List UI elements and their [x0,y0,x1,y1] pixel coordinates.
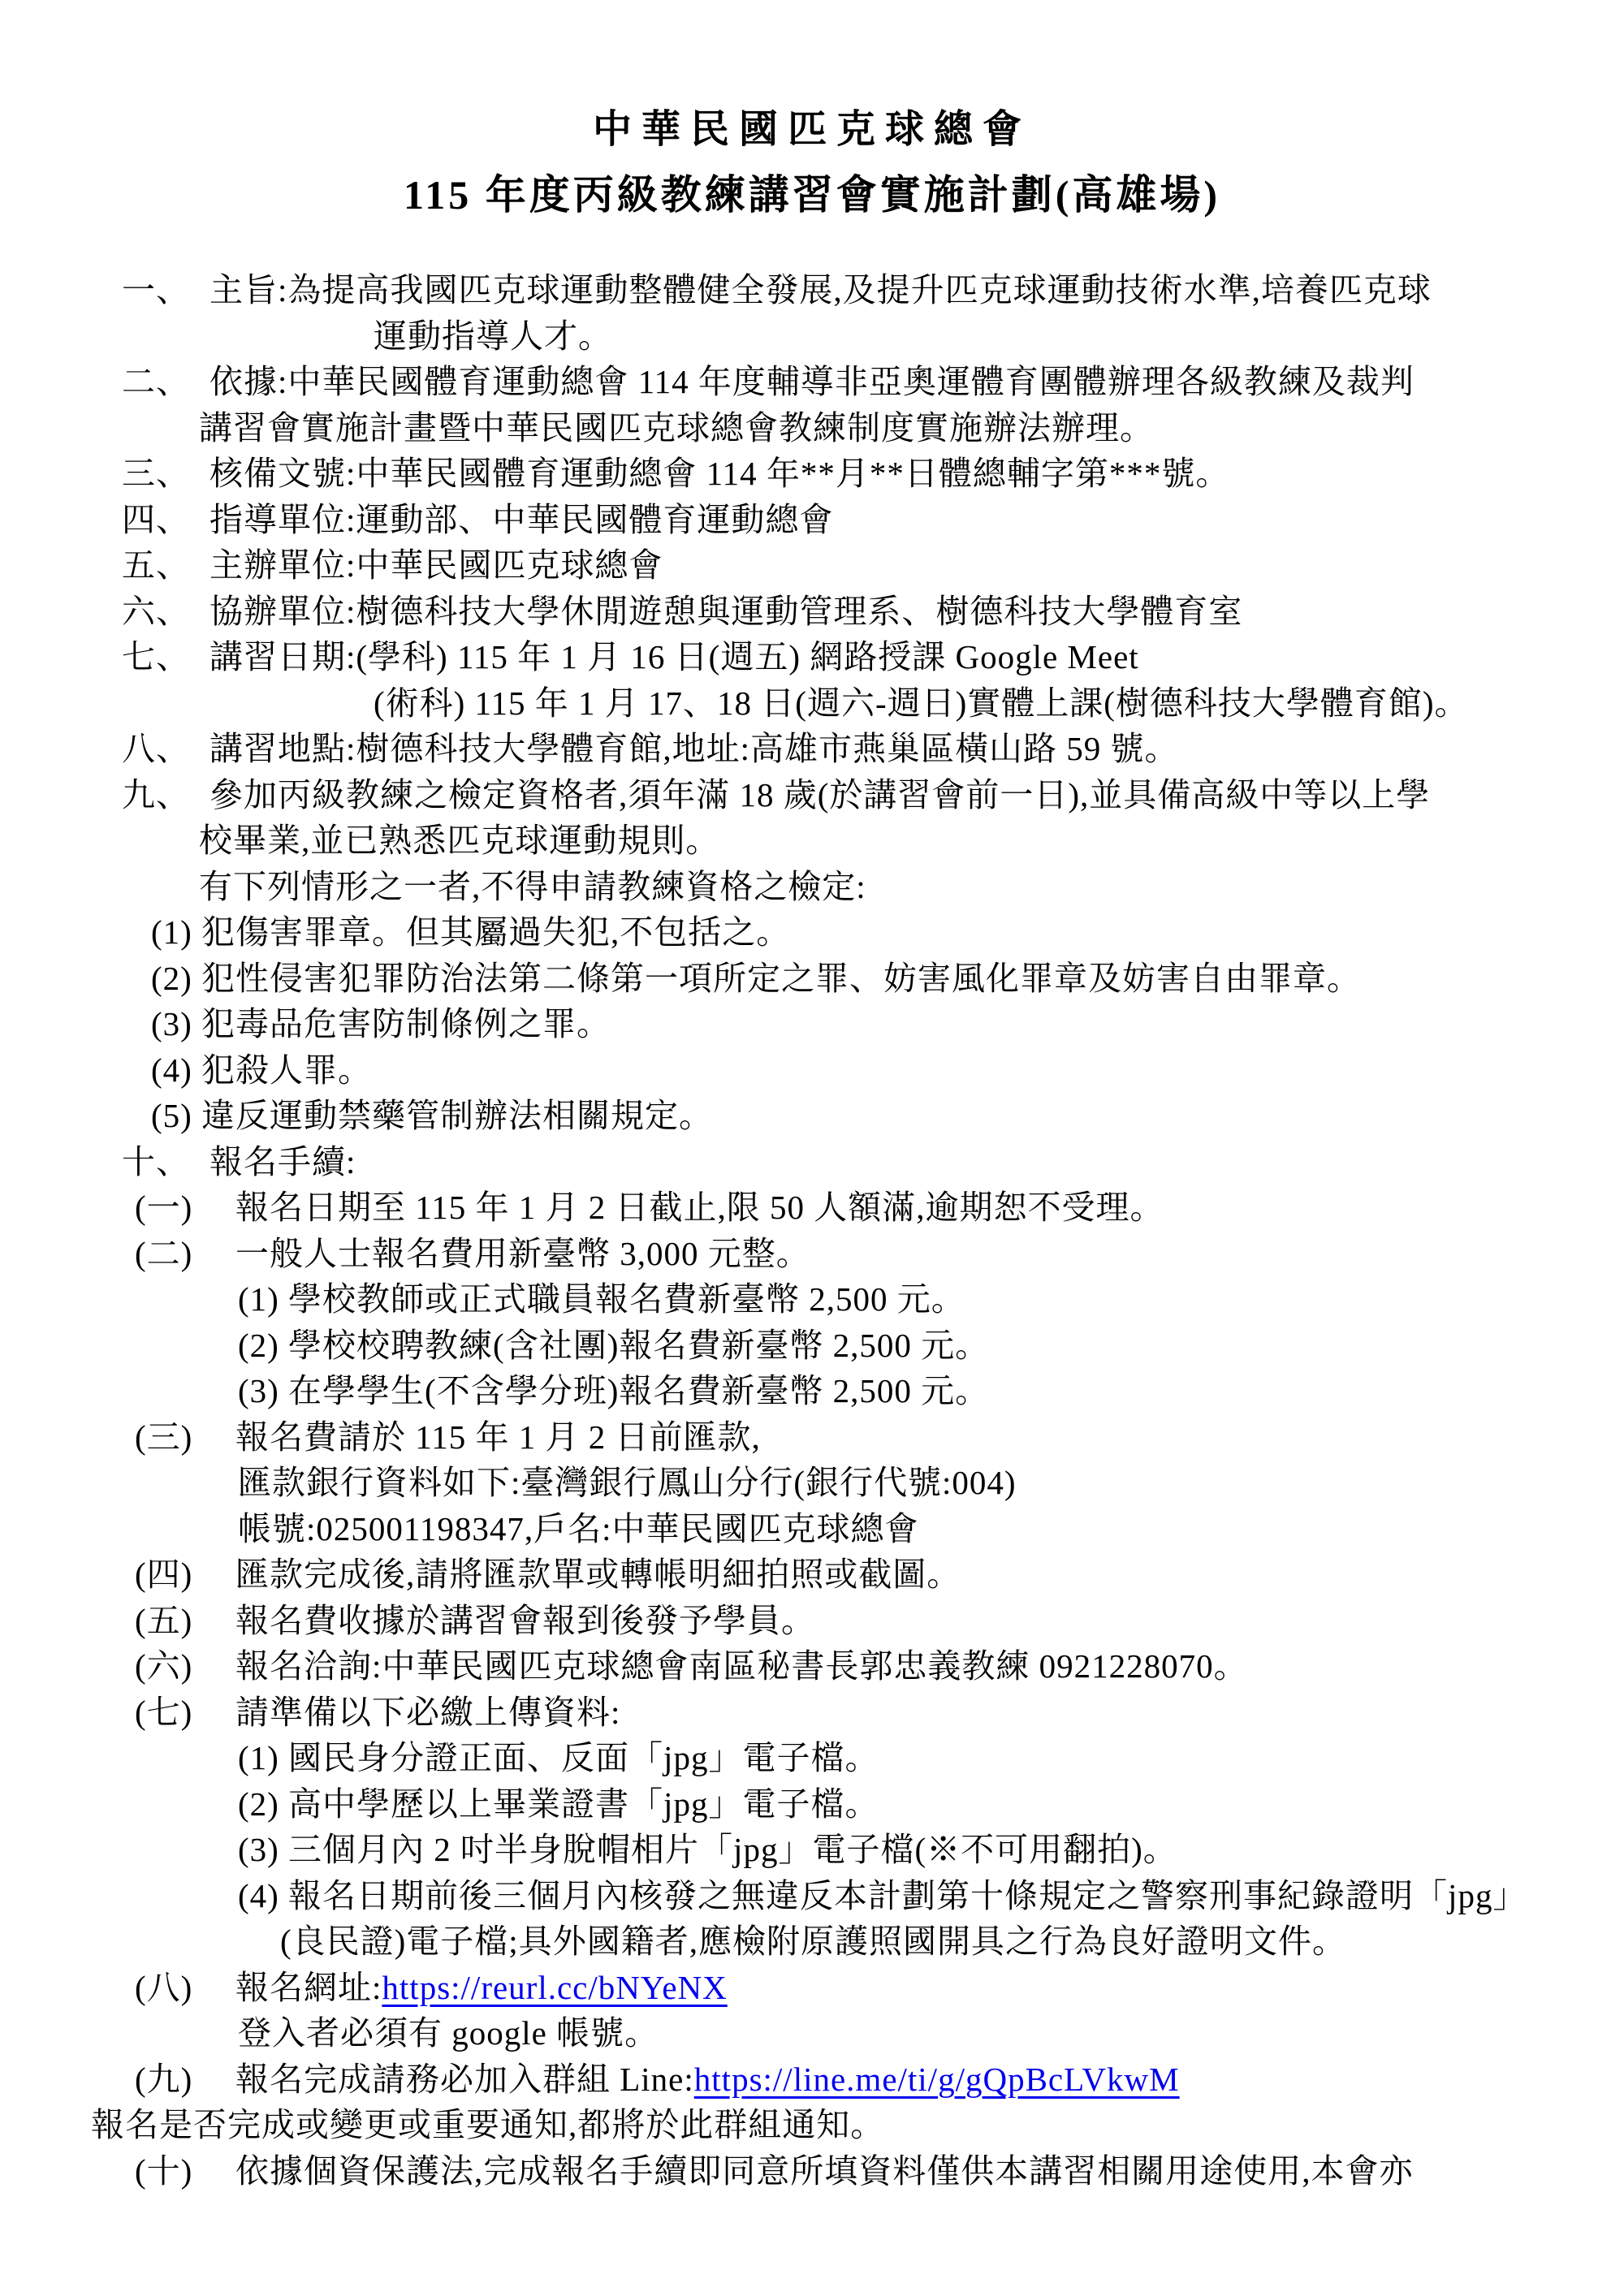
document-line: 匯款銀行資料如下:臺灣銀行鳳山分行(銀行代號:004) [0,1456,1624,1502]
document-line: 六、協辦單位:樹德科技大學休閒遊憩與運動管理系、樹德科技大學體育室 [0,585,1624,631]
line-label: (一) [135,1180,235,1228]
document-line: 講習會實施計畫暨中華民國匹克球總會教練制度實施辦法辦理。 [0,401,1624,447]
page-subtitle: 115 年度丙級教練講習會實施計劃(高雄場) [0,169,1624,221]
document-line: (二)一般人士報名費用新臺幣 3,000 元整。 [0,1227,1624,1273]
document-line: 一、主旨:為提高我國匹克球運動整體健全發展,及提升匹克球運動技術水準,培養匹克球 [0,263,1624,309]
line-label: (三) [135,1410,235,1458]
document-line: (4) 報名日期前後三個月內核發之無違反本計劃第十條規定之警察刑事紀錄證明「jp… [0,1869,1624,1915]
line-label: 二、 [122,355,209,403]
line-label: 六、 [122,585,209,632]
document-body: 一、主旨:為提高我國匹克球運動整體健全發展,及提升匹克球運動技術水準,培養匹克球… [0,263,1624,2190]
line-text: 講習會實施計畫暨中華民國匹克球總會教練制度實施辦法辦理。 [199,409,1154,447]
document-line: 八、講習地點:樹德科技大學體育館,地址:高雄市燕巢區橫山路 59 號。 [0,722,1624,768]
line-text: 講習地點:樹德科技大學體育館,地址:高雄市燕巢區橫山路 59 號。 [209,730,1179,767]
document-line: (1) 犯傷害罪章。但其屬過失犯,不包括之。 [0,905,1624,952]
line-text: 匯款完成後,請將匯款單或轉帳明細拍照或截圖。 [235,1556,961,1593]
document-line: (2) 犯性侵害犯罪防治法第二條第一項所定之罪、妨害風化罪章及妨害自由罪章。 [0,952,1624,998]
document-line: (六)報名洽詢:中華民國匹克球總會南區秘書長郭忠義教練 0921228070。 [0,1639,1624,1685]
document-line: 三、核備文號:中華民國體育運動總會 114 年**月**日體總輔字第***號。 [0,447,1624,493]
line-text: 講習日期:(學科) 115 年 1 月 16 日(週五) 網路授課 Google… [209,638,1139,675]
line-text: 請準備以下必繳上傳資料: [235,1694,620,1731]
line-label: (九) [135,2052,235,2100]
line-text: 報名費請於 115 年 1 月 2 日前匯款, [235,1418,761,1456]
page-title: 中華民國匹克球總會 [0,106,1624,154]
line-label: 七、 [122,630,209,678]
line-text: 校畢業,並已熟悉匹克球運動規則。 [199,822,719,859]
line-text: (3) 犯毒品危害防制條例之罪。 [151,1005,611,1042]
document-line: (十)依據個資保護法,完成報名手續即同意所填資料僅供本講習相關用途使用,本會亦 [0,2144,1624,2190]
line-text: 指導單位:運動部、中華民國體育運動總會 [209,501,833,538]
line-text: 匯款銀行資料如下:臺灣銀行鳳山分行(銀行代號:004) [238,1464,1017,1501]
line-text: (術科) 115 年 1 月 17、18 日(週六-週日)實體上課(樹德科技大學… [374,684,1469,722]
line-text: 帳號:025001198347,戶名:中華民國匹克球總會 [238,1510,919,1547]
document-line: (七)請準備以下必繳上傳資料: [0,1685,1624,1732]
document-header: 中華民國匹克球總會 115 年度丙級教練講習會實施計劃(高雄場) [0,0,1624,221]
registration-url-link[interactable]: https://reurl.cc/bNYeNX [382,1969,727,2006]
line-text: 協辦單位:樹德科技大學休閒遊憩與運動管理系、樹德科技大學體育室 [209,593,1242,630]
document-page: 中華民國匹克球總會 115 年度丙級教練講習會實施計劃(高雄場) 一、主旨:為提… [0,0,1624,2296]
line-text: (4) 犯殺人罪。 [151,1051,372,1089]
line-text: (良民證)電子檔;具外國籍者,應檢附原護照國開具之行為良好證明文件。 [280,1923,1346,1960]
line-text: (2) 高中學歷以上畢業證書「jpg」電子檔。 [238,1785,879,1823]
document-line: (九)報名完成請務必加入群組 Line:https://line.me/ti/g… [0,2052,1624,2099]
document-line: (四)匯款完成後,請將匯款單或轉帳明細拍照或截圖。 [0,1547,1624,1594]
line-text: 運動指導人才。 [374,317,612,355]
line-label: 四、 [122,493,209,541]
line-text: (5) 違反運動禁藥管制辦法相關規定。 [151,1097,713,1134]
line-label: (六) [135,1639,235,1687]
document-line: 登入者必須有 google 帳號。 [0,2006,1624,2052]
line-text: 參加丙級教練之檢定資格者,須年滿 18 歲(於講習會前一日),並具備高級中等以上… [209,776,1430,814]
document-line: (八)報名網址:https://reurl.cc/bNYeNX [0,1961,1624,2007]
document-line: (3) 三個月內 2 吋半身脫帽相片「jpg」電子檔(※不可用翻拍)。 [0,1823,1624,1869]
line-label: 三、 [122,447,209,494]
document-line: 報名是否完成或變更或重要通知,都將於此群組通知。 [0,2098,1624,2144]
line-label: 十、 [122,1135,209,1183]
document-line: 五、主辦單位:中華民國匹克球總會 [0,538,1624,585]
line-label: (四) [135,1547,235,1595]
document-line: 七、講習日期:(學科) 115 年 1 月 16 日(週五) 網路授課 Goog… [0,630,1624,676]
line-label: 八、 [122,722,209,770]
document-line: 二、依據:中華民國體育運動總會 114 年度輔導非亞奧運體育團體辦理各級教練及裁… [0,355,1624,401]
line-text: 一般人士報名費用新臺幣 3,000 元整。 [235,1235,810,1272]
line-text: (1) 犯傷害罪章。但其屬過失犯,不包括之。 [151,913,790,951]
document-line: (2) 高中學歷以上畢業證書「jpg」電子檔。 [0,1777,1624,1823]
document-line: 十、報名手續: [0,1135,1624,1181]
line-label: (五) [135,1594,235,1642]
line-label: 一、 [122,263,209,311]
line-text: 報名是否完成或變更或重要通知,都將於此群組通知。 [91,2106,884,2143]
line-label: (八) [135,1961,235,2009]
line-text: 有下列情形之一者,不得申請教練資格之檢定: [199,868,866,905]
document-line: 運動指導人才。 [0,309,1624,356]
line-text: (2) 犯性侵害犯罪防治法第二條第一項所定之罪、妨害風化罪章及妨害自由罪章。 [151,960,1361,997]
document-line: (4) 犯殺人罪。 [0,1043,1624,1090]
document-line: (3) 在學學生(不含學分班)報名費新臺幣 2,500 元。 [0,1364,1624,1410]
line-text: 主辦單位:中華民國匹克球總會 [209,546,663,584]
line-text: 報名洽詢:中華民國匹克球總會南區秘書長郭忠義教練 0921228070。 [235,1647,1248,1685]
line-text: (3) 三個月內 2 吋半身脫帽相片「jpg」電子檔(※不可用翻拍)。 [238,1831,1177,1868]
document-line: 校畢業,並已熟悉匹克球運動規則。 [0,814,1624,860]
document-line: (術科) 115 年 1 月 17、18 日(週六-週日)實體上課(樹德科技大學… [0,676,1624,723]
line-group-url-link[interactable]: https://line.me/ti/g/gQpBcLVkwM [694,2061,1180,2098]
line-label: (七) [135,1685,235,1733]
line-text: 報名完成請務必加入群組 Line: [235,2061,694,2098]
line-text: 報名手續: [209,1143,356,1180]
line-text: (4) 報名日期前後三個月內核發之無違反本計劃第十條規定之警察刑事紀錄證明「jp… [238,1877,1527,1914]
document-line: 四、指導單位:運動部、中華民國體育運動總會 [0,493,1624,539]
document-line: (1) 國民身分證正面、反面「jpg」電子檔。 [0,1731,1624,1777]
line-text: 主旨:為提高我國匹克球運動整體健全發展,及提升匹克球運動技術水準,培養匹克球 [209,271,1432,309]
line-text: (1) 學校教師或正式職員報名費新臺幣 2,500 元。 [238,1280,965,1318]
line-text: 報名費收據於講習會報到後發予學員。 [235,1602,815,1639]
document-line: (三)報名費請於 115 年 1 月 2 日前匯款, [0,1410,1624,1457]
document-line: (2) 學校校聘教練(含社團)報名費新臺幣 2,500 元。 [0,1318,1624,1365]
line-label: 五、 [122,538,209,586]
line-label: (二) [135,1227,235,1275]
document-line: 九、參加丙級教練之檢定資格者,須年滿 18 歲(於講習會前一日),並具備高級中等… [0,768,1624,814]
document-line: (五)報名費收據於講習會報到後發予學員。 [0,1594,1624,1640]
line-text: (3) 在學學生(不含學分班)報名費新臺幣 2,500 元。 [238,1372,989,1409]
line-text: 依據個資保護法,完成報名手續即同意所填資料僅供本講習相關用途使用,本會亦 [235,2152,1414,2190]
line-label: 九、 [122,768,209,816]
line-text: 核備文號:中華民國體育運動總會 114 年**月**日體總輔字第***號。 [209,455,1229,492]
line-text: 登入者必須有 google 帳號。 [238,2014,659,2052]
line-text: 報名網址: [235,1969,382,2006]
document-line: (3) 犯毒品危害防制條例之罪。 [0,997,1624,1043]
line-text: (2) 學校校聘教練(含社團)報名費新臺幣 2,500 元。 [238,1327,989,1364]
document-line: 有下列情形之一者,不得申請教練資格之檢定: [0,860,1624,906]
document-line: (1) 學校教師或正式職員報名費新臺幣 2,500 元。 [0,1272,1624,1318]
document-line: 帳號:025001198347,戶名:中華民國匹克球總會 [0,1502,1624,1548]
document-line: (5) 違反運動禁藥管制辦法相關規定。 [0,1089,1624,1135]
document-line: (一)報名日期至 115 年 1 月 2 日截止,限 50 人額滿,逾期恕不受理… [0,1180,1624,1227]
line-text: (1) 國民身分證正面、反面「jpg」電子檔。 [238,1739,879,1776]
line-label: (十) [135,2144,235,2192]
line-text: 依據:中華民國體育運動總會 114 年度輔導非亞奧運體育團體辦理各級教練及裁判 [209,363,1415,400]
document-line: (良民證)電子檔;具外國籍者,應檢附原護照國開具之行為良好證明文件。 [0,1914,1624,1961]
line-text: 報名日期至 115 年 1 月 2 日截止,限 50 人額滿,逾期恕不受理。 [235,1189,1164,1226]
